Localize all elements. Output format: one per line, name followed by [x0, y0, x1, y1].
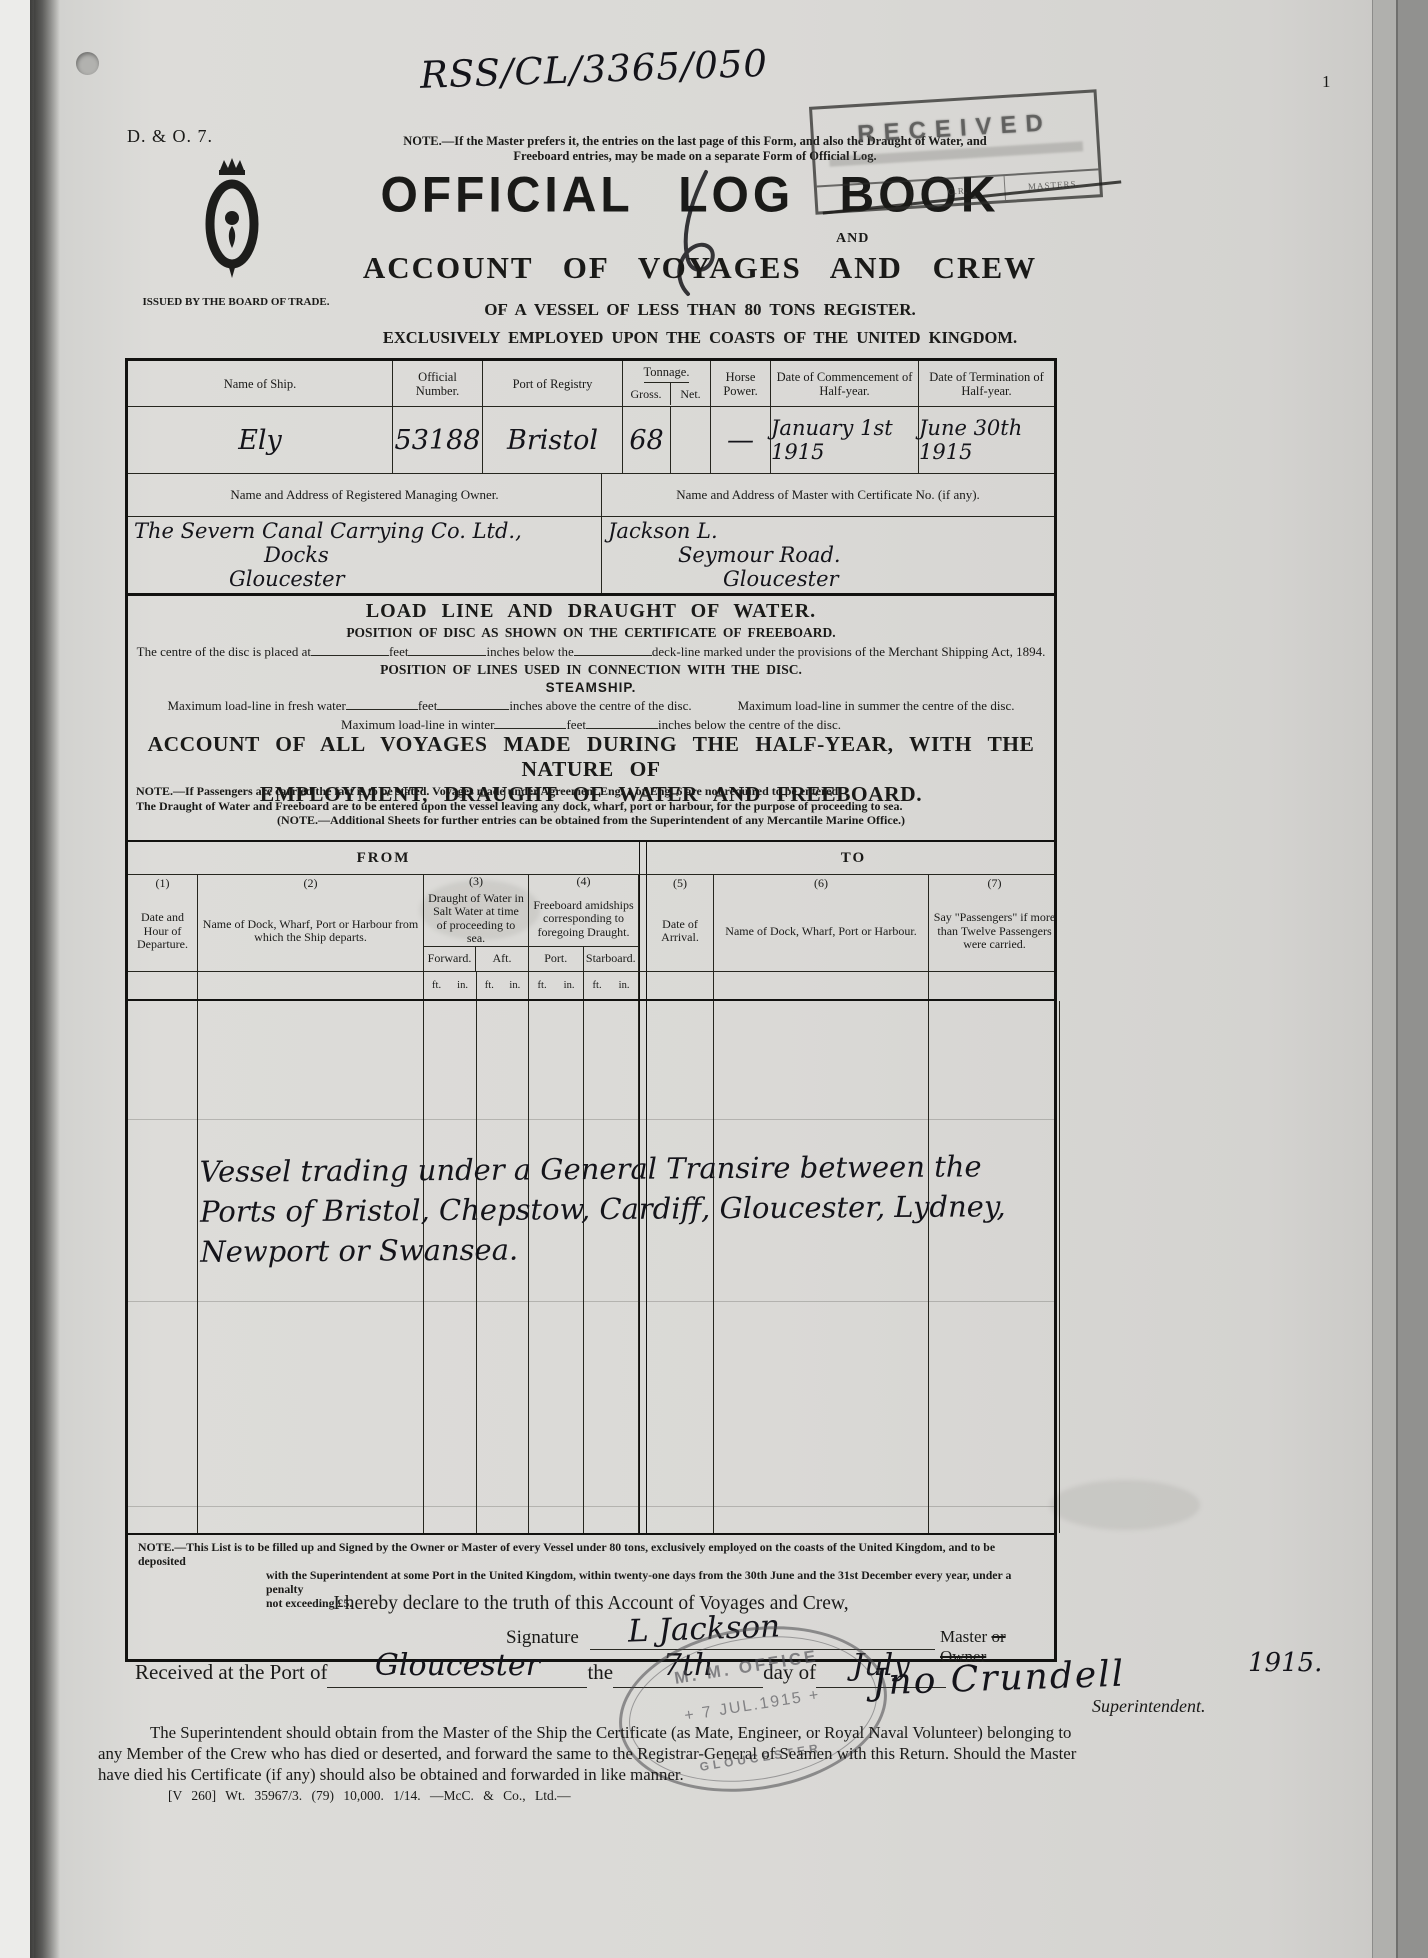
disc-position-line: The centre of the disc is placed at feet… — [128, 643, 1054, 660]
col-6-dock-to: (6) Name of Dock, Wharf, Port or Harbour… — [714, 875, 929, 971]
unit-blank-5 — [647, 972, 714, 999]
owner-line-2: Docks — [264, 543, 595, 567]
owner-line-1: The Severn Canal Carrying Co. Ltd., — [134, 519, 595, 543]
superintendent-para-line1: The Superintendent should obtain from th… — [98, 1722, 1303, 1743]
header-termination: Date of Termination of Half-year. — [919, 361, 1054, 406]
account-heading: ACCOUNT OF ALL VOYAGES MADE DURING THE H… — [128, 726, 1054, 784]
unit-forward: ft. in. — [424, 972, 477, 999]
unit-blank-2 — [198, 972, 424, 999]
header-name-of-ship: Name of Ship. — [128, 361, 393, 406]
received-year-handwritten: 1915. — [1248, 1648, 1322, 1678]
blank-fresh-feet — [346, 697, 418, 710]
disc-text-c: inches below the — [486, 644, 573, 660]
form-code: D. & O. 7. — [127, 126, 213, 147]
sub-aft: Aft. — [476, 947, 528, 971]
account-note-3: (NOTE.—Additional Sheets for further ent… — [136, 813, 1046, 828]
group-to: TO — [647, 842, 1060, 874]
load-line-title: LOAD LINE AND DRAUGHT OF WATER. — [128, 600, 1054, 623]
col-4-label: Freeboard amidships corresponding to for… — [529, 892, 638, 947]
sub-starboard: Starboard. — [584, 947, 639, 971]
received-port-underline: Gloucester — [327, 1652, 587, 1688]
voyage-table-units-row: ft. in. ft. in. ft. in. ft. in. — [128, 972, 1054, 1001]
subtitle-vessel: OF A VESSEL OF LESS THAN 80 TONS REGISTE… — [300, 300, 1100, 320]
fresh-text-a: Maximum load-line in fresh water — [167, 698, 345, 714]
value-official-number: 53188 — [395, 425, 481, 456]
unit-aft: ft. in. — [477, 972, 529, 999]
form-box: Name of Ship. Official Number. Port of R… — [125, 358, 1057, 1662]
position-of-lines: POSITION OF LINES USED IN CONNECTION WIT… — [128, 662, 1054, 678]
col-3-sub: Forward. Aft. — [424, 946, 528, 971]
header-tonnage-sub: Gross. Net. — [623, 383, 711, 405]
superintendent-instructions: The Superintendent should obtain from th… — [98, 1722, 1303, 1785]
owner-line-3: Gloucester — [229, 567, 595, 591]
deposit-note: NOTE.—This List is to be filled up and S… — [128, 1533, 1054, 1593]
column-divider — [639, 972, 647, 999]
value-gross-tonnage: 68 — [629, 425, 663, 456]
col-5-arrival: (5) Date of Arrival. — [647, 875, 714, 971]
col-2-label: Name of Dock, Wharf, Port or Harbour fro… — [201, 894, 420, 970]
subtitle: ACCOUNT OF VOYAGES AND CREW — [300, 250, 1100, 286]
col-1-departure: (1) Date and Hour of Departure. — [128, 875, 198, 971]
blank-winter-feet — [494, 716, 566, 729]
col-4-num: (4) — [577, 875, 591, 889]
col-1-label: Date and Hour of Departure. — [131, 894, 194, 970]
col-4-sub: Port. Starboard. — [529, 946, 638, 971]
col-3-label: Draught of Water in Salt Water at time o… — [424, 892, 528, 947]
board-of-trade-crest-icon — [200, 156, 264, 291]
body-col-7 — [929, 1001, 1060, 1533]
header-port-of-registry: Port of Registry — [483, 361, 623, 406]
binding-torn-edge — [30, 0, 60, 1958]
ship-table-values: Ely 53188 Bristol 68 — January 1st 1915 … — [128, 407, 1054, 474]
unit-ft: ft. — [538, 980, 547, 991]
superintendent-para-line3: have died his Certificate (if any) shoul… — [98, 1764, 1303, 1785]
body-col-1 — [128, 1001, 198, 1533]
unit-ft: ft. — [432, 980, 441, 991]
master-line-1: Jackson L. — [608, 519, 1048, 543]
subtitle-coasts: EXCLUSIVELY EMPLOYED UPON THE COASTS OF … — [300, 328, 1100, 348]
faint-rule — [128, 1301, 1054, 1302]
col-2-num: (2) — [304, 877, 318, 891]
col-7-label: Say "Passengers" if more than Twelve Pas… — [932, 894, 1057, 970]
paper-stain — [1050, 1480, 1200, 1530]
col-5-label: Date of Arrival. — [650, 894, 710, 970]
fresh-text-b: feet — [418, 698, 437, 714]
faint-rule — [128, 1119, 1054, 1120]
superintendent-label: Superintendent. — [1092, 1696, 1205, 1717]
col-1-num: (1) — [156, 877, 170, 891]
col-3-num: (3) — [469, 875, 483, 889]
superintendent-para-line2: any Member of the Crew who has died or d… — [98, 1743, 1303, 1764]
disc-text-a: The centre of the disc is placed at — [137, 644, 311, 660]
master-header: Name and Address of Master with Certific… — [602, 474, 1054, 516]
unit-port: ft. in. — [529, 972, 584, 999]
account-heading-line1: ACCOUNT OF ALL VOYAGES MADE DURING THE H… — [128, 732, 1054, 782]
col-3-draught: (3) Draught of Water in Salt Water at ti… — [424, 875, 529, 971]
hole-punch — [76, 52, 99, 75]
signature-label: Signature — [506, 1627, 579, 1649]
deposit-note-line1: NOTE.—This List is to be filled up and S… — [138, 1540, 1044, 1568]
unit-blank-6 — [714, 972, 929, 999]
blank-fresh-inches — [437, 697, 509, 710]
value-port-of-registry: Bristol — [507, 425, 598, 456]
value-commencement: January 1st 1915 — [771, 416, 918, 464]
col-5-num: (5) — [673, 877, 687, 891]
winter-text-c: inches below the centre of the disc. — [658, 717, 841, 733]
winter-text-b: feet — [566, 717, 585, 733]
ship-table-header: Name of Ship. Official Number. Port of R… — [128, 361, 1054, 407]
col-2-dock-from: (2) Name of Dock, Wharf, Port or Harbour… — [198, 875, 424, 971]
page-number: 1 — [1322, 72, 1331, 92]
master-word: Master — [940, 1627, 987, 1646]
voyage-table-body: Vessel trading under a General Transire … — [128, 1001, 1054, 1533]
transire-line-1: Vessel trading under a General Transire … — [200, 1146, 1000, 1192]
value-horse-power: — — [727, 425, 754, 456]
deposit-note-line2: with the Superintendent at some Port in … — [266, 1568, 1044, 1596]
transire-entry-handwritten: Vessel trading under a General Transire … — [200, 1146, 1001, 1272]
received-prefix: Received at the Port of — [135, 1660, 327, 1685]
received-the: the — [587, 1660, 613, 1685]
summer-text: Maximum load-line in summer the centre o… — [738, 698, 1015, 714]
fresh-water-line: Maximum load-line in fresh water feet in… — [128, 697, 1054, 714]
header-tonnage-label: Tonnage. — [644, 362, 690, 383]
unit-ft: ft. — [593, 980, 602, 991]
scan-right-margin — [1396, 0, 1428, 1958]
master-line-3: Gloucester — [723, 567, 1048, 591]
master-value: Jackson L. Seymour Road. Gloucester — [602, 517, 1054, 593]
transire-line-3: Newport or Swansea. — [200, 1226, 1000, 1272]
voyage-table-column-headers: (1) Date and Hour of Departure. (2) Name… — [128, 875, 1054, 972]
unit-starboard: ft. in. — [584, 972, 639, 999]
voyage-table-group-row: FROM TO — [128, 840, 1054, 875]
header-commencement: Date of Commencement of Half-year. — [771, 361, 919, 406]
owner-value: The Severn Canal Carrying Co. Ltd., Dock… — [128, 517, 602, 593]
group-divider — [639, 842, 647, 874]
col-7-passengers: (7) Say "Passengers" if more than Twelve… — [929, 875, 1060, 971]
owner-master-headers: Name and Address of Registered Managing … — [128, 474, 1054, 517]
blank-deckline — [574, 643, 652, 656]
header-tonnage: Tonnage. Gross. Net. — [623, 361, 711, 406]
winter-text-a: Maximum load-line in winter — [341, 717, 494, 733]
owner-header: Name and Address of Registered Managing … — [128, 474, 602, 516]
scan-left-margin — [0, 0, 34, 1958]
unit-blank-7 — [929, 972, 1060, 999]
group-from: FROM — [128, 842, 639, 874]
owner-master-values: The Severn Canal Carrying Co. Ltd., Dock… — [128, 517, 1054, 593]
header-net: Net. — [671, 383, 711, 405]
unit-blank-1 — [128, 972, 198, 999]
header-horse-power: Horse Power. — [711, 361, 771, 406]
header-gross: Gross. — [623, 383, 671, 405]
header-official-number: Official Number. — [393, 361, 483, 406]
disc-text-b: feet — [389, 644, 408, 660]
unit-in: in. — [509, 980, 520, 991]
blank-feet — [311, 643, 389, 656]
unit-in: in. — [457, 980, 468, 991]
column-divider — [639, 875, 647, 971]
disc-text-d: deck-line marked under the provisions of… — [652, 644, 1046, 660]
col-6-num: (6) — [814, 877, 828, 891]
faint-rule — [128, 1506, 1054, 1507]
col-4-freeboard: (4) Freeboard amidships corresponding to… — [529, 875, 639, 971]
received-port-handwritten: Gloucester — [375, 1648, 540, 1683]
blank-inches — [408, 643, 486, 656]
blank-winter-inches — [586, 716, 658, 729]
load-line-section: LOAD LINE AND DRAUGHT OF WATER. POSITION… — [128, 593, 1054, 726]
value-termination: June 30th 1915 — [919, 416, 1054, 464]
unit-in: in. — [564, 980, 575, 991]
steamship-label: STEAMSHIP. — [128, 680, 1054, 695]
transire-line-2: Ports of Bristol, Chepstow, Cardiff, Glo… — [200, 1186, 1000, 1232]
fresh-text-c: inches above the centre of the disc. — [509, 698, 691, 714]
col-7-num: (7) — [988, 877, 1002, 891]
col-6-label: Name of Dock, Wharf, Port or Harbour. — [725, 894, 916, 970]
sub-port: Port. — [529, 947, 584, 971]
unit-ft: ft. — [485, 980, 494, 991]
master-line-2: Seymour Road. — [678, 543, 1048, 567]
page-edge-band — [1372, 0, 1397, 1958]
received-stamp: RECEIVED C.R. MASTERS — [809, 89, 1103, 214]
load-line-subtitle: POSITION OF DISC AS SHOWN ON THE CERTIFI… — [128, 625, 1054, 641]
title-and: AND — [836, 231, 869, 247]
print-imprint: [V 260] Wt. 35967/3. (79) 10,000. 1/14. … — [168, 1788, 571, 1804]
scanned-log-book-page: RSS/CL/3365/050 1 D. & O. 7. NOTE.—If th… — [0, 0, 1428, 1958]
value-name-of-ship: Ely — [238, 425, 282, 456]
sub-forward: Forward. — [424, 947, 476, 971]
unit-in: in. — [619, 980, 630, 991]
